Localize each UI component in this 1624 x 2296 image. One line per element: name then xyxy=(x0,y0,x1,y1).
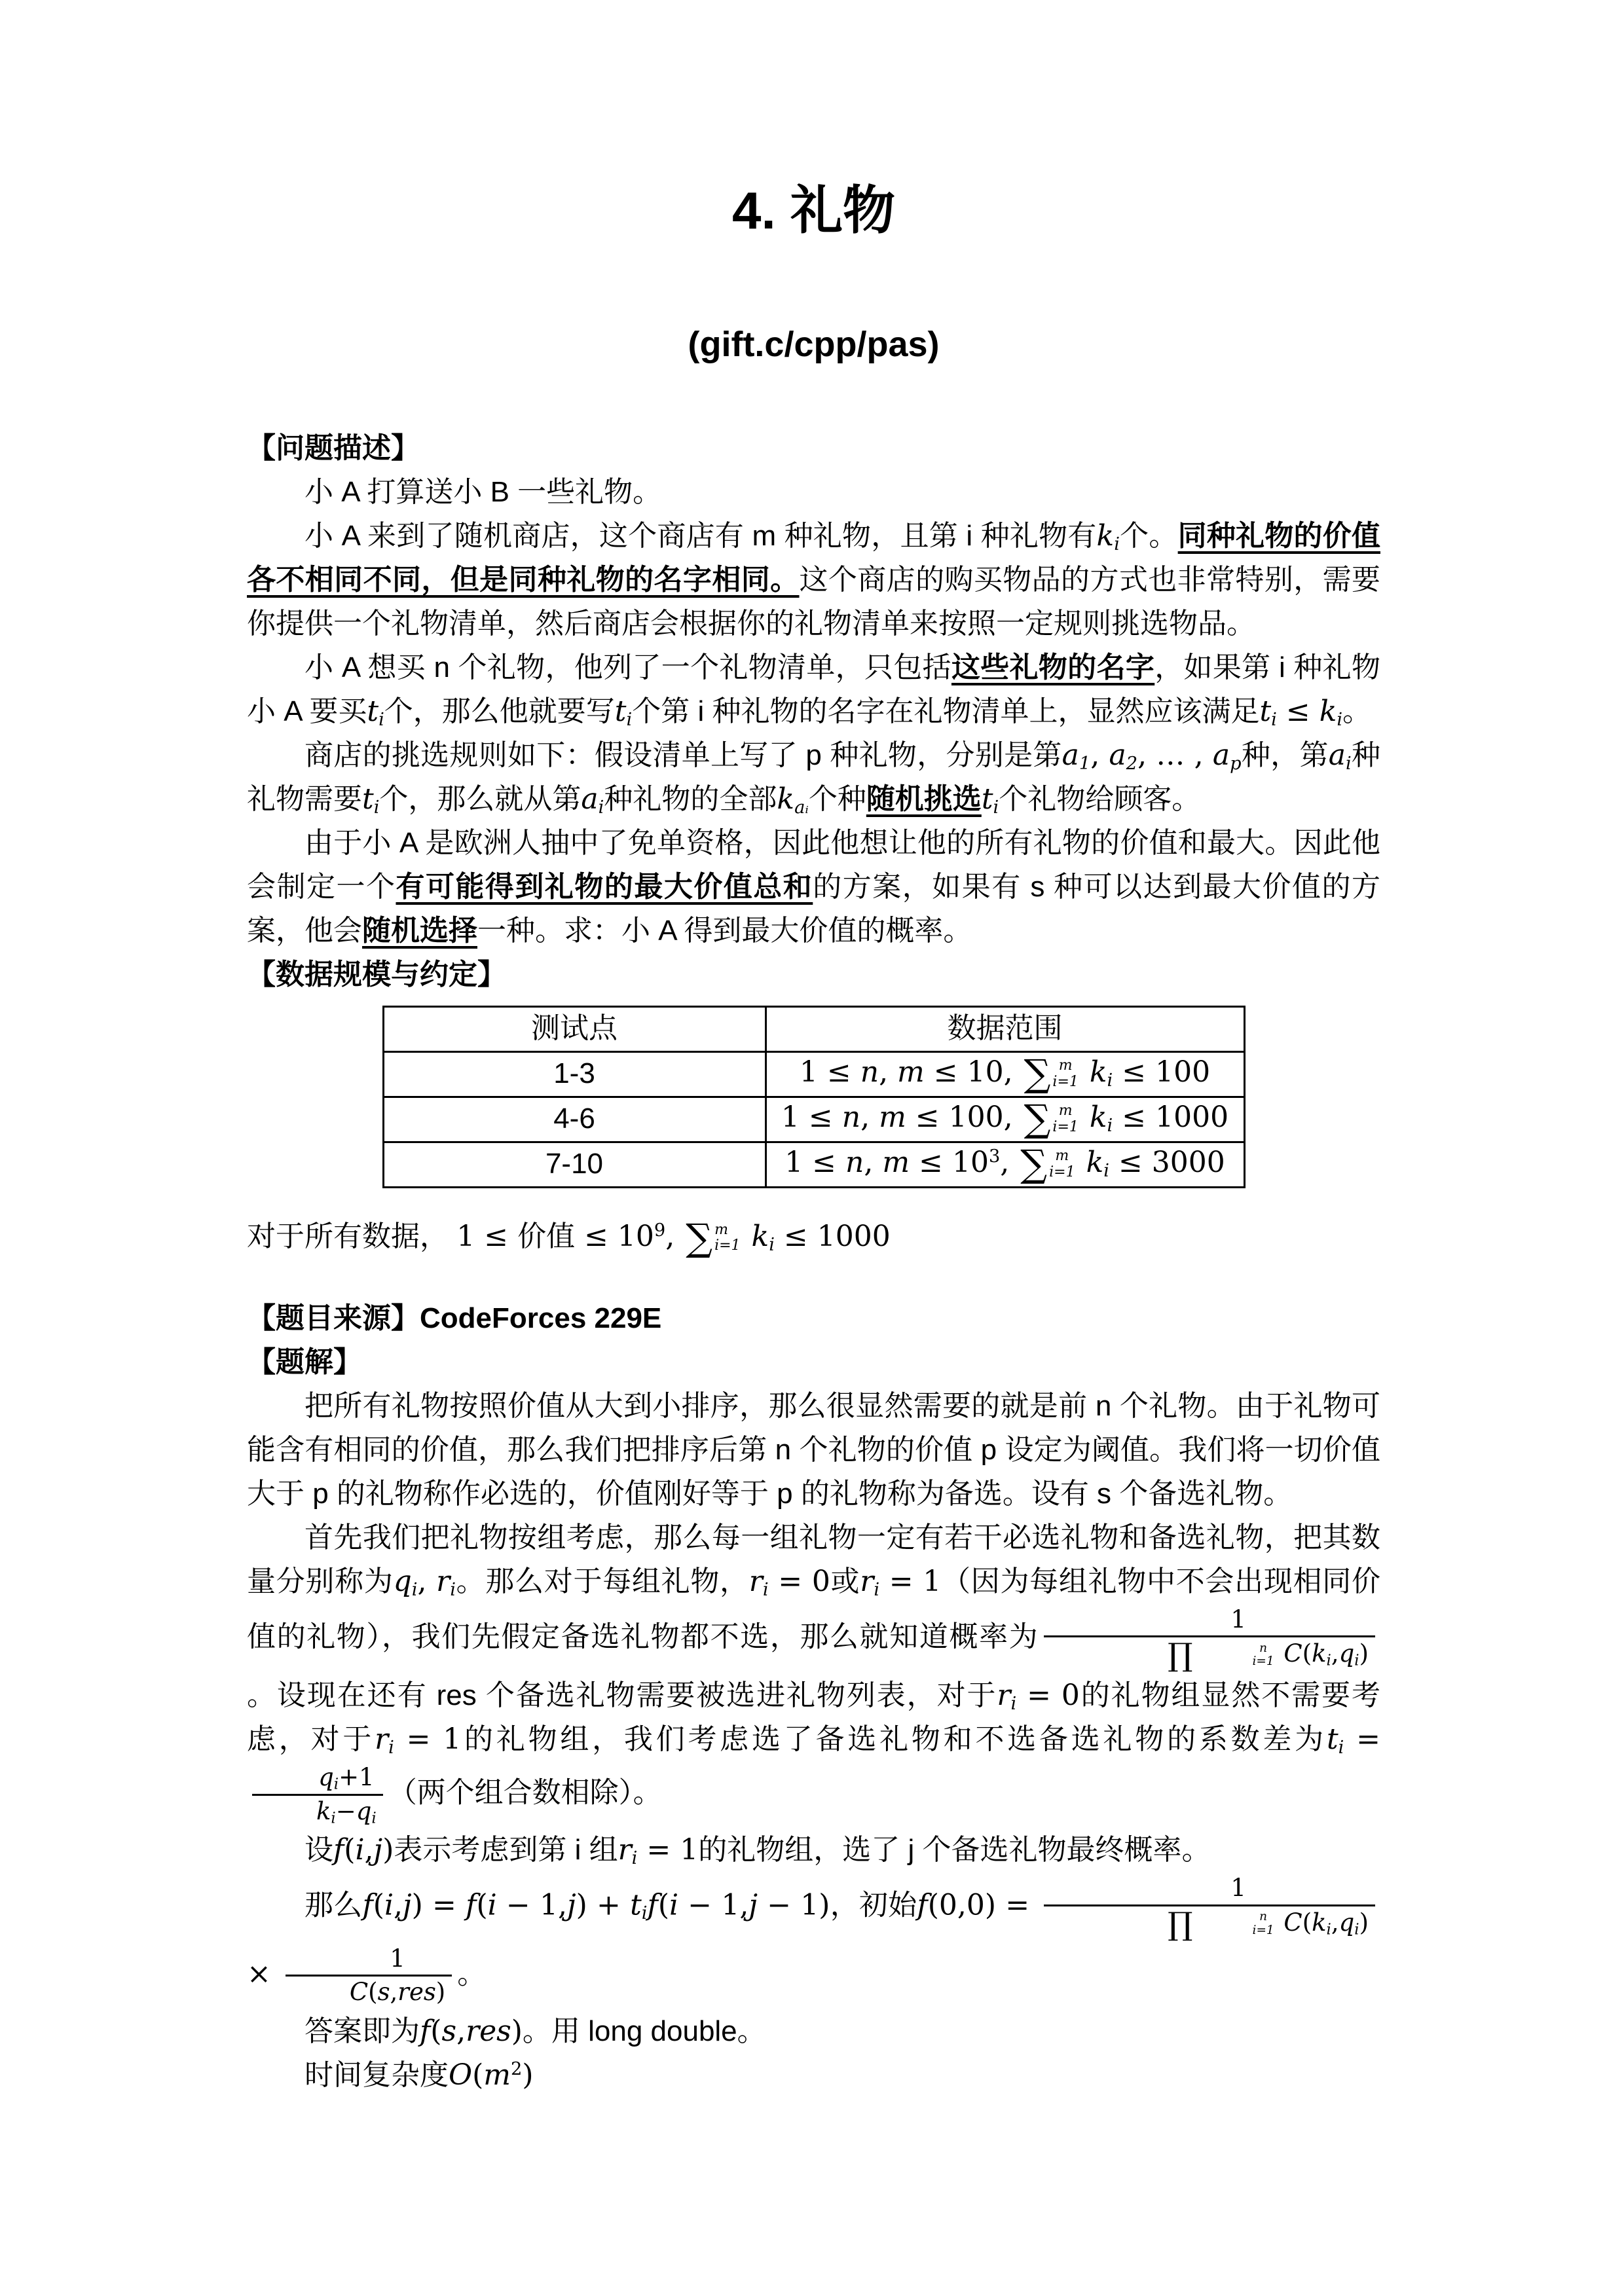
text-run: ∏ xyxy=(1110,1639,1192,1671)
problem-paragraph-1: 小 A 打算送小 B 一些礼物。 xyxy=(247,470,1380,514)
testcase-cell: 7-10 xyxy=(383,1142,766,1187)
text-run: ≤ 1000 xyxy=(775,1220,891,1253)
text-run: 1∏ni=1 C(ki,qi) xyxy=(1044,1874,1375,1940)
document-page: 4. 礼物 (gift.c/cpp/pas) 【问题描述】 小 A 打算送小 B… xyxy=(0,0,1624,2296)
text-run: , xyxy=(394,1889,403,1922)
text-run: , xyxy=(1331,1639,1339,1667)
text-run: 3 xyxy=(989,1146,1000,1167)
text-run: 。设现在还有 res 个备选礼物需要被选进礼物列表，对于 xyxy=(247,1679,997,1711)
text-run: 1C(s,res) xyxy=(286,1945,452,2007)
text-run: i xyxy=(371,1810,376,1827)
text-run: mi=1 xyxy=(1052,1103,1078,1135)
text-run: k xyxy=(1312,1639,1326,1667)
text-run: , xyxy=(864,1146,882,1179)
text-run: ∑mi=1 xyxy=(1020,1146,1075,1183)
text-run: 表示考虑到第 i 组 xyxy=(394,1834,618,1866)
text-run: f xyxy=(466,1889,476,1922)
solution-paragraph-5: 答案即为f(s,res)。用 long double。 xyxy=(247,2009,1380,2053)
text-run: res xyxy=(397,1978,436,2006)
text-run: a xyxy=(1213,738,1230,772)
text-run: i xyxy=(1354,1921,1359,1938)
text-run: t xyxy=(982,782,993,816)
text-run: ≤ xyxy=(1277,695,1319,728)
text-run: qi+1ki−qi xyxy=(252,1764,383,1825)
text-run: 个礼物给顾客。 xyxy=(999,783,1200,815)
text-run: 。那么对于每组礼物， xyxy=(456,1565,749,1597)
text-run: m xyxy=(1049,1148,1075,1165)
text-run: ( xyxy=(368,1978,377,2006)
text-run: t xyxy=(615,695,627,728)
text-run: = 1 xyxy=(394,1722,461,1756)
text-run: 种，第 xyxy=(1242,739,1329,771)
text-run: q xyxy=(1339,1639,1355,1667)
text-run: ∑mi=1 xyxy=(686,1220,740,1257)
text-run: C xyxy=(1276,1908,1302,1937)
section-heading-data-range: 【数据规模与约定】 xyxy=(247,953,1380,996)
text-run: i=1 xyxy=(1049,1165,1075,1181)
text-run: i xyxy=(642,1904,648,1924)
text-run: i xyxy=(874,1580,879,1600)
text-run: a xyxy=(581,782,598,816)
text-run: 随机选择 xyxy=(362,915,477,947)
text-run: r xyxy=(375,1722,388,1756)
table-header-row: 测试点 数据范围 xyxy=(383,1006,1244,1051)
text-run: f xyxy=(917,1889,927,1922)
text-run: a xyxy=(1062,738,1079,772)
text-run: = 1 xyxy=(637,1833,698,1867)
text-run: ∑ xyxy=(1024,1055,1051,1093)
text-run: s xyxy=(378,1978,390,2006)
table-header-datarange: 数据范围 xyxy=(766,1006,1244,1051)
text-run: ) xyxy=(511,2014,523,2048)
text-run: q xyxy=(356,1797,372,1825)
solution-paragraph-6: 时间复杂度O(m2) xyxy=(247,2053,1380,2097)
text-run: ( xyxy=(373,1889,384,1922)
table-header-testcases: 测试点 xyxy=(383,1006,766,1051)
problem-paragraph-4: 商店的挑选规则如下：假设清单上写了 p 种礼物，分别是第a1, a2, … , … xyxy=(247,733,1380,821)
text-run: 个，那么就从第 xyxy=(379,783,581,815)
text-run: q xyxy=(1339,1908,1355,1937)
text-run: ∑ xyxy=(1024,1101,1051,1138)
text-run: m xyxy=(714,1222,740,1239)
text-run: 。 xyxy=(1342,695,1371,727)
text-run: 。用 long double。 xyxy=(523,2015,766,2047)
section-heading-source: 【题目来源】CodeForces 229E xyxy=(247,1296,1380,1340)
text-run: 2 xyxy=(1126,754,1137,774)
text-run: ( xyxy=(1302,1908,1312,1937)
text-run: t xyxy=(1327,1722,1338,1756)
text-run: k xyxy=(1312,1908,1326,1937)
text-run: k xyxy=(1097,519,1115,553)
text-run: 这些礼物的名字 xyxy=(951,651,1154,683)
text-run: ∏ni=1 xyxy=(1110,1908,1274,1940)
text-run: O xyxy=(449,2058,472,2092)
text-run: i xyxy=(1337,710,1342,730)
text-run: ∏ni=1 xyxy=(1110,1639,1274,1671)
text-run: ( xyxy=(1302,1639,1312,1667)
text-run: k xyxy=(1080,1101,1107,1134)
text-run: (0,0) = xyxy=(928,1889,1039,1922)
text-run: C xyxy=(1276,1639,1302,1667)
text-run: a xyxy=(1329,738,1346,772)
text-run: 1 ≤ xyxy=(456,1220,517,1253)
text-run: i xyxy=(388,1738,394,1758)
document-subtitle: (gift.c/cpp/pas) xyxy=(247,323,1380,366)
section-heading-solution: 【题解】 xyxy=(247,1340,1380,1384)
text-run: n xyxy=(1195,1910,1274,1924)
text-run: j xyxy=(403,1889,412,1922)
problem-paragraph-3: 小 A 想买 n 个礼物，他列了一个礼物清单，只包括这些礼物的名字，如果第 i … xyxy=(247,646,1380,733)
text-run: i xyxy=(1327,1921,1331,1938)
text-run: 种礼物的全部 xyxy=(604,783,777,815)
datarange-cell: 1 ≤ n, m ≤ 100, ∑mi=1 ki ≤ 1000 xyxy=(766,1097,1244,1142)
text-run: i xyxy=(993,797,999,818)
text-run: i xyxy=(1271,710,1277,730)
text-run: 那么 xyxy=(304,1889,362,1922)
text-run: i xyxy=(488,1889,497,1922)
text-run: ) xyxy=(382,1833,394,1867)
text-run: i xyxy=(1346,754,1352,774)
text-run: j xyxy=(748,1889,758,1922)
text-run: m xyxy=(1052,1103,1078,1120)
solution-paragraph-2: 首先我们把礼物按组考虑，那么每一组礼物一定有若干必选礼物和备选礼物，把其数量分别… xyxy=(247,1516,1380,1829)
text-run: ∏ni=1 C(ki,qi) xyxy=(1044,1637,1375,1671)
solution-paragraph-3: 设f(i,j)表示考虑到第 i 组ri = 1的礼物组，选了 j 个备选礼物最终… xyxy=(247,1828,1380,1872)
text-run: i=1 xyxy=(1195,1655,1274,1669)
text-run: , xyxy=(665,1220,684,1253)
text-run: m xyxy=(879,1101,906,1134)
text-run: m xyxy=(882,1146,910,1179)
text-run: k xyxy=(1080,1055,1107,1089)
text-run: 或 xyxy=(830,1565,860,1597)
text-run: i xyxy=(669,1889,678,1922)
text-run: ≤ 10 xyxy=(910,1146,989,1179)
text-run: 个第 i 种礼物的名字在礼物清单上，显然应该满足 xyxy=(632,695,1259,727)
text-run: C(s,res) xyxy=(286,1977,452,2006)
text-run: , xyxy=(860,1101,879,1134)
text-run: 把所有礼物按照价值从大到小排序，那么很显然需要的就是前 n 个礼物。由于礼物可能… xyxy=(247,1390,1380,1510)
text-run: ( xyxy=(472,2058,483,2092)
text-run: f xyxy=(333,1833,344,1867)
text-run: , xyxy=(365,1833,374,1867)
text-run: ) xyxy=(1359,1908,1369,1937)
text-run: − 1) xyxy=(758,1889,830,1922)
text-run: 有可能得到礼物的最大价值总和 xyxy=(396,871,813,903)
text-run: i xyxy=(626,710,632,730)
text-run: ni=1 xyxy=(1195,1910,1274,1937)
text-run: i xyxy=(1114,534,1120,555)
text-run: i xyxy=(378,710,384,730)
text-run: ni=1 xyxy=(1195,1642,1274,1669)
text-run: ) = xyxy=(412,1889,466,1922)
text-run: p xyxy=(1230,754,1241,774)
text-run: r xyxy=(997,1679,1010,1712)
source-value: CodeForces 229E xyxy=(420,1302,661,1334)
text-run: 1 ≤ xyxy=(800,1055,860,1089)
text-run: ∏ xyxy=(1110,1908,1192,1940)
text-run: 1 xyxy=(1044,1874,1375,1906)
text-run: i xyxy=(1107,1116,1113,1136)
text-run: q xyxy=(318,1763,334,1791)
all-data-constraint-note: 对于所有数据， 1 ≤ 价值 ≤ 109, ∑mi=1 ki ≤ 1000 xyxy=(247,1214,1380,1258)
text-run: , xyxy=(417,1565,436,1598)
text-run: i xyxy=(1103,1161,1109,1181)
table-row: 7-10 1 ≤ n, m ≤ 103, ∑mi=1 ki ≤ 3000 xyxy=(383,1142,1244,1187)
text-run: i xyxy=(334,1776,339,1793)
text-run: n xyxy=(860,1055,879,1089)
text-run: = 0 xyxy=(769,1565,830,1598)
text-run: 的礼物组，选了 j 个备选礼物最终概率。 xyxy=(698,1834,1210,1866)
text-run: k xyxy=(1077,1146,1104,1179)
text-run: q xyxy=(394,1565,412,1598)
text-run: ( xyxy=(344,1833,355,1867)
text-run: 设 xyxy=(304,1834,333,1866)
text-run: , xyxy=(456,2014,466,2048)
text-run: f xyxy=(420,2014,430,2048)
text-run: mi=1 xyxy=(1052,1058,1078,1090)
text-run: r xyxy=(860,1565,874,1598)
text-run: − 1, xyxy=(678,1889,748,1922)
text-run: f xyxy=(648,1889,658,1922)
text-run: i xyxy=(763,1580,769,1600)
text-run: i xyxy=(450,1580,456,1600)
text-run: = 0 xyxy=(1016,1679,1080,1712)
text-run: r xyxy=(618,1833,632,1867)
text-run: 1 xyxy=(1230,1605,1246,1633)
text-run: 1∏ni=1 C(ki,qi) xyxy=(1044,1606,1375,1671)
text-run: 1 ≤ xyxy=(784,1146,845,1179)
text-run: ≤ 10, xyxy=(925,1055,1022,1089)
datarange-cell: 1 ≤ n, m ≤ 10, ∑mi=1 ki ≤ 100 xyxy=(766,1051,1244,1097)
text-run: ( xyxy=(658,1889,669,1922)
text-run: m xyxy=(1052,1058,1078,1074)
text-run: ki−qi xyxy=(252,1796,383,1825)
text-run: r xyxy=(749,1565,763,1598)
text-run: qi+1 xyxy=(252,1764,383,1795)
text-run: 个，那么他就要写 xyxy=(384,695,615,727)
text-run: , … , xyxy=(1137,738,1213,772)
text-run: ≤ 10 xyxy=(575,1220,654,1253)
text-run: 价值 xyxy=(517,1220,575,1252)
text-run: ( xyxy=(430,2014,441,2048)
text-run: 1 xyxy=(1230,1874,1246,1902)
text-run: = 1 xyxy=(879,1565,941,1598)
text-run: 1 xyxy=(1044,1606,1375,1637)
text-run: i xyxy=(1327,1652,1331,1669)
text-run: 商店的挑选规则如下：假设清单上写了 p 种礼物，分别是第 xyxy=(304,739,1062,771)
text-run: , xyxy=(1090,738,1109,772)
text-run: ∑mi=1 xyxy=(1024,1101,1079,1138)
text-run: ≤ 100 xyxy=(1113,1055,1210,1089)
text-run: mi=1 xyxy=(1049,1148,1075,1180)
text-run: ∑ xyxy=(1020,1146,1047,1183)
problem-paragraph-5: 由于小 A 是欧洲人抽中了免单资格，因此他想让他的所有礼物的价值和最大。因此他会… xyxy=(247,821,1380,953)
text-run: k xyxy=(316,1797,331,1825)
page-title: 4. 礼物 xyxy=(247,178,1380,244)
text-run: ) + xyxy=(576,1889,630,1922)
table-row: 4-6 1 ≤ n, m ≤ 100, ∑mi=1 ki ≤ 1000 xyxy=(383,1097,1244,1142)
text-run: i xyxy=(331,1810,335,1827)
text-run: n xyxy=(845,1146,864,1179)
text-run: 对于所有数据， xyxy=(247,1220,456,1252)
text-run: ) xyxy=(522,2058,533,2092)
text-run: − xyxy=(336,1797,356,1825)
text-run: （两个组合数相除）。 xyxy=(388,1777,662,1809)
text-run: C xyxy=(350,1978,368,2006)
text-run: 个种 xyxy=(809,783,866,815)
text-run: i=1 xyxy=(714,1238,740,1254)
text-run: 。 xyxy=(457,1958,486,1990)
text-run: ∑mi=1 xyxy=(1024,1055,1079,1093)
text-run: j xyxy=(374,1833,383,1867)
text-run: 答案即为 xyxy=(304,2015,420,2047)
text-run: m xyxy=(897,1055,925,1089)
text-run: n xyxy=(1195,1642,1274,1656)
text-run: × xyxy=(247,1957,280,1990)
text-run: i=1 xyxy=(1052,1120,1078,1136)
section-heading-problem: 【问题描述】 xyxy=(247,426,1380,470)
text-run: , xyxy=(1000,1146,1018,1179)
table-row: 1-3 1 ≤ n, m ≤ 10, ∑mi=1 ki ≤ 100 xyxy=(383,1051,1244,1097)
text-run: n xyxy=(842,1101,860,1134)
text-run: i xyxy=(384,1889,394,1922)
text-run: 一种。求：小 A 得到最大价值的概率。 xyxy=(477,915,972,947)
text-run: mi=1 xyxy=(714,1222,740,1254)
text-run: m xyxy=(483,2058,511,2092)
text-run: f xyxy=(362,1889,373,1922)
text-run: res xyxy=(466,2014,511,2048)
text-run: ≤ 1000 xyxy=(1113,1101,1228,1134)
text-run: i=1 xyxy=(1052,1074,1078,1091)
text-run: 时间复杂度 xyxy=(304,2059,449,2091)
solution-paragraph-4: 那么f(i,j) = f(i − 1,j) + tif(i − 1,j − 1)… xyxy=(247,1872,1380,2009)
text-run: ≤ 3000 xyxy=(1109,1146,1225,1179)
text-run: t xyxy=(630,1889,642,1922)
text-run: 个。 xyxy=(1120,520,1178,552)
text-run: k xyxy=(743,1220,769,1253)
text-run: s xyxy=(441,2014,456,2048)
problem-paragraph-2: 小 A 来到了随机商店，这个商店有 m 种礼物，且第 i 种礼物有ki个。同种礼… xyxy=(247,514,1380,646)
text-run: , xyxy=(1331,1908,1339,1937)
constraints-table: 测试点 数据范围 1-3 1 ≤ n, m ≤ 10, ∑mi=1 ki ≤ 1… xyxy=(382,1006,1246,1188)
text-run: i xyxy=(1010,1694,1016,1714)
text-run: ( xyxy=(476,1889,487,1922)
text-run: +1 xyxy=(339,1763,374,1791)
text-run: r xyxy=(436,1565,450,1598)
text-run: 小 A 来到了随机商店，这个商店有 m 种礼物，且第 i 种礼物有 xyxy=(304,520,1097,552)
text-run: = xyxy=(1344,1722,1380,1756)
text-run: j xyxy=(567,1889,576,1922)
datarange-cell: 1 ≤ n, m ≤ 103, ∑mi=1 ki ≤ 3000 xyxy=(766,1142,1244,1187)
text-run: aᵢ xyxy=(794,797,809,818)
text-run: ∑ xyxy=(686,1220,712,1257)
text-run: 1 ≤ xyxy=(781,1101,842,1134)
solution-paragraph-1: 把所有礼物按照价值从大到小排序，那么很显然需要的就是前 n 个礼物。由于礼物可能… xyxy=(247,1384,1380,1516)
text-run: ∏ni=1 C(ki,qi) xyxy=(1044,1906,1375,1940)
text-run: i xyxy=(1354,1652,1359,1669)
text-run: ≤ 100, xyxy=(906,1101,1022,1134)
text-run: 小 A 想买 n 个礼物，他列了一个礼物清单，只包括 xyxy=(304,651,951,683)
text-run: k xyxy=(1319,695,1337,728)
testcase-cell: 1-3 xyxy=(383,1051,766,1097)
text-run: ) xyxy=(1359,1639,1369,1667)
text-run: a xyxy=(1109,738,1126,772)
text-run: 1 xyxy=(286,1945,452,1977)
source-label: 【题目来源】 xyxy=(247,1302,420,1334)
text-run: ，初始 xyxy=(830,1889,917,1922)
text-run: i xyxy=(769,1235,775,1255)
text-run: 随机挑选 xyxy=(866,783,982,815)
text-run: 2 xyxy=(511,2059,522,2079)
text-run: t xyxy=(367,695,378,728)
text-run: 9 xyxy=(654,1220,665,1241)
text-run: i xyxy=(1107,1070,1113,1091)
text-run: i=1 xyxy=(1195,1924,1274,1938)
testcase-cell: 4-6 xyxy=(383,1097,766,1142)
text-run: t xyxy=(362,782,374,816)
text-run: 的礼物组，我们考虑选了备选礼物和不选备选礼物的系数差为 xyxy=(461,1723,1327,1755)
text-run: k xyxy=(777,782,794,816)
text-run: 小 A 打算送小 B 一些礼物。 xyxy=(304,476,661,508)
text-run: , xyxy=(879,1055,897,1089)
text-run: i xyxy=(355,1833,364,1867)
text-run: , xyxy=(390,1978,398,2006)
text-run: ) xyxy=(436,1978,445,2006)
text-run: − 1, xyxy=(497,1889,567,1922)
text-run: 1 xyxy=(390,1944,405,1973)
text-run: t xyxy=(1259,695,1271,728)
text-run: 1 xyxy=(1079,754,1090,774)
